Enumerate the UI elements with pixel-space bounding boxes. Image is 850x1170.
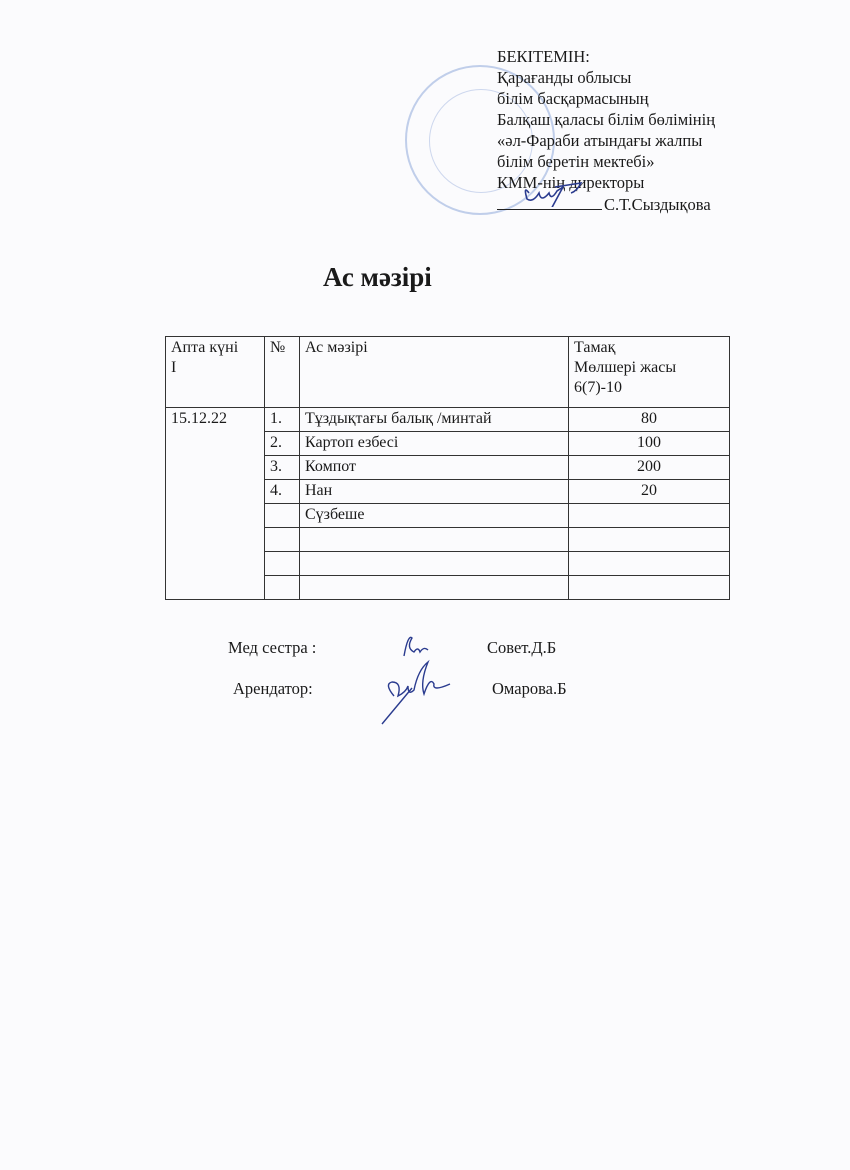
- approval-block: БЕКІТЕМІН: Қарағанды облысы білім басқар…: [497, 46, 715, 215]
- table-row: 15.12.22 1. Тұздықтағы балық /минтай 80: [166, 408, 730, 432]
- approval-line: «әл-Фараби атындағы жалпы: [497, 130, 715, 151]
- row-number: [265, 528, 300, 552]
- header-day: Апта күні І: [166, 337, 265, 408]
- signature-underline: [497, 193, 602, 210]
- row-number: 3.: [265, 456, 300, 480]
- table-header-row: Апта күні І № Ас мәзірі Тамақ Мөлшері жа…: [166, 337, 730, 408]
- approval-line: білім беретін мектебі»: [497, 151, 715, 172]
- row-number: [265, 552, 300, 576]
- row-dish: Нан: [300, 480, 569, 504]
- row-number: [265, 576, 300, 600]
- header-number: №: [265, 337, 300, 408]
- row-amount: 100: [569, 432, 730, 456]
- approval-line: Қарағанды облысы: [497, 67, 715, 88]
- row-amount: 80: [569, 408, 730, 432]
- tenant-label: Арендатор:: [233, 679, 313, 699]
- page-title: Ас мәзірі: [323, 262, 432, 293]
- row-dish: Тұздықтағы балық /минтай: [300, 408, 569, 432]
- row-number: 2.: [265, 432, 300, 456]
- header-portion: Тамақ Мөлшері жасы 6(7)-10: [569, 337, 730, 408]
- row-number: 1.: [265, 408, 300, 432]
- row-amount: [569, 528, 730, 552]
- row-dish: [300, 552, 569, 576]
- approval-line: Балқаш қаласы білім бөлімінің: [497, 109, 715, 130]
- row-dish: Компот: [300, 456, 569, 480]
- date-cell: 15.12.22: [166, 408, 265, 600]
- row-dish: Сүзбеше: [300, 504, 569, 528]
- approval-line: БЕКІТЕМІН:: [497, 46, 715, 67]
- tenant-signature-icon: [372, 648, 462, 726]
- tenant-name: Омарова.Б: [492, 679, 567, 699]
- row-number: [265, 504, 300, 528]
- row-amount: 20: [569, 480, 730, 504]
- director-signature-line: С.Т.Сыздықова: [497, 193, 715, 215]
- nurse-label: Мед сестра :: [228, 638, 316, 658]
- approval-line: білім басқармасының: [497, 88, 715, 109]
- row-number: 4.: [265, 480, 300, 504]
- director-signature-icon: [515, 179, 620, 207]
- nurse-name: Совет.Д.Б: [487, 638, 556, 658]
- row-dish: [300, 528, 569, 552]
- row-dish: Картоп езбесі: [300, 432, 569, 456]
- row-amount: [569, 576, 730, 600]
- menu-table: Апта күні І № Ас мәзірі Тамақ Мөлшері жа…: [165, 336, 730, 600]
- row-amount: 200: [569, 456, 730, 480]
- row-amount: [569, 552, 730, 576]
- row-amount: [569, 504, 730, 528]
- header-menu: Ас мәзірі: [300, 337, 569, 408]
- row-dish: [300, 576, 569, 600]
